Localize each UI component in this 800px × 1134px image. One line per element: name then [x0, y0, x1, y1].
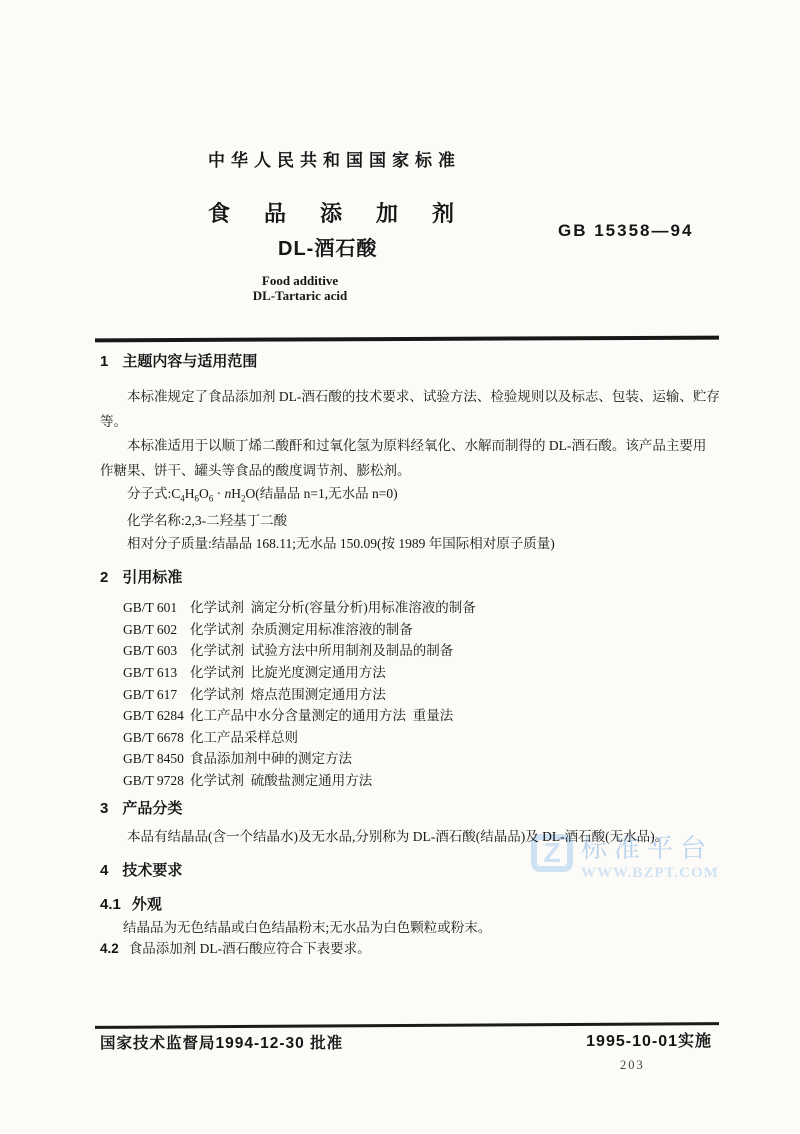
reference-description: 化学试剂 比旋光度测定通用方法 [190, 665, 386, 680]
reference-code: GB/T 613 [123, 662, 190, 684]
reference-item: GB/T 602化学试剂 杂质测定用标准溶液的制备 [123, 619, 714, 641]
formula-middot: · [213, 486, 224, 501]
document-body: 1主题内容与适用范围 本标准规定了食品添加剂 DL-酒石酸的技术要求、试验方法、… [100, 352, 714, 959]
section-1-number: 1 [100, 352, 108, 372]
formula-note: (结晶品 n=1,无水品 n=0) [255, 486, 397, 501]
header-divider-rule [95, 336, 719, 343]
formula-part: H [185, 486, 195, 501]
text-line: 作糖果、饼干、罐头等食品的酸度调节剂、膨松剂。 [100, 459, 714, 484]
formula-label: 分子式: [127, 486, 171, 501]
formula-part: C [171, 486, 180, 501]
text-line: 等。 [100, 410, 714, 435]
implementation-date: 1995-10-01实施 [586, 1028, 712, 1051]
reference-description: 化工产品采样总则 [190, 730, 298, 745]
document-page: 中华人民共和国国家标准 食品添加剂 DL-酒石酸 GB 15358—94 Foo… [0, 0, 800, 1134]
reference-item: GB/T 601化学试剂 滴定分析(容量分析)用标准溶液的制备 [123, 597, 714, 619]
reference-item: GB/T 6284化工产品中水分含量测定的通用方法 重量法 [123, 705, 714, 727]
clause-4-2-text: 食品添加剂 DL-酒石酸应符合下表要求。 [129, 941, 371, 956]
reference-code: GB/T 601 [123, 597, 190, 619]
reference-description: 化学试剂 试验方法中所用制剂及制品的制备 [190, 643, 453, 658]
national-standard-label: 中华人民共和国国家标准 [208, 146, 461, 171]
clause-4-2-number: 4.2 [100, 938, 119, 959]
reference-item: GB/T 8450食品添加剂中砷的测定方法 [123, 748, 714, 770]
reference-code: GB/T 8450 [123, 748, 190, 770]
standard-code: GB 15358—94 [558, 221, 693, 241]
classification-paragraph: 本品有结晶品(含一个结晶水)及无水品,分别称为 DL-酒石酸(结晶品)及 DL-… [100, 826, 714, 848]
molecular-formula-line: 分子式:C4H6O6 · nH2O(结晶品 n=1,无水品 n=0) [100, 483, 714, 510]
reference-code: GB/T 6678 [123, 727, 190, 749]
scope-paragraph-1: 本标准规定了食品添加剂 DL-酒石酸的技术要求、试验方法、检验规则以及标志、包装… [100, 385, 714, 434]
reference-description: 食品添加剂中砷的测定方法 [190, 751, 352, 766]
reference-item: GB/T 603化学试剂 试验方法中所用制剂及制品的制备 [123, 640, 714, 662]
reference-list: GB/T 601化学试剂 滴定分析(容量分析)用标准溶液的制备 GB/T 602… [100, 597, 714, 791]
formula-part: O [199, 486, 209, 501]
reference-item: GB/T 9728化学试剂 硫酸盐测定通用方法 [123, 770, 714, 792]
clause-4-2-line: 4.2食品添加剂 DL-酒石酸应符合下表要求。 [100, 938, 714, 959]
reference-description: 化工产品中水分含量测定的通用方法 重量法 [190, 708, 453, 723]
formula-part: O [246, 486, 256, 501]
reference-description: 化学试剂 熔点范围测定通用方法 [190, 687, 386, 702]
document-title-cn: 食品添加剂 [208, 197, 488, 228]
clause-4-1-text: 结晶品为无色结晶或白色结晶粉末;无水品为白色颗粒或粉末。 [100, 917, 714, 938]
reference-code: GB/T 6284 [123, 705, 190, 727]
section-2-title: 引用标准 [122, 569, 182, 586]
reference-code: GB/T 603 [123, 640, 190, 662]
title-en-line1: Food additive [150, 273, 450, 288]
section-4-heading: 4技术要求 [100, 861, 714, 881]
chemical-name-line: 化学名称:2,3-二羟基丁二酸 [100, 510, 714, 533]
formula-part: H [231, 486, 241, 501]
section-3-title: 产品分类 [122, 800, 182, 817]
section-1-title: 主题内容与适用范围 [122, 353, 257, 370]
reference-item: GB/T 613化学试剂 比旋光度测定通用方法 [123, 662, 714, 684]
clause-4-1-heading: 4.1外观 [100, 895, 714, 915]
section-4-number: 4 [100, 861, 108, 881]
reference-code: GB/T 602 [123, 619, 190, 641]
reference-description: 化学试剂 硫酸盐测定通用方法 [190, 773, 372, 788]
title-en-line2: DL-Tartaric acid [150, 288, 450, 303]
section-3-heading: 3产品分类 [100, 799, 714, 819]
section-4-title: 技术要求 [122, 862, 182, 879]
section-2-heading: 2引用标准 [100, 568, 714, 588]
document-title-en: Food additive DL-Tartaric acid [150, 273, 450, 303]
text-line: 本标准适用于以顺丁烯二酸酐和过氧化氢为原料经氧化、水解而制得的 DL-酒石酸。该… [100, 434, 714, 459]
text-line: 本品有结晶品(含一个结晶水)及无水品,分别称为 DL-酒石酸(结晶品)及 DL-… [100, 826, 714, 848]
reference-item: GB/T 6678化工产品采样总则 [123, 727, 714, 749]
reference-code: GB/T 617 [123, 684, 190, 706]
reference-item: GB/T 617化学试剂 熔点范围测定通用方法 [123, 684, 714, 706]
scope-paragraph-2: 本标准适用于以顺丁烯二酸酐和过氧化氢为原料经氧化、水解而制得的 DL-酒石酸。该… [100, 434, 714, 483]
section-3-number: 3 [100, 799, 108, 819]
page-number: 203 [620, 1058, 645, 1073]
section-2-number: 2 [100, 568, 108, 588]
reference-description: 化学试剂 滴定分析(容量分析)用标准溶液的制备 [190, 600, 476, 615]
molar-mass-line: 相对分子质量:结晶品 168.11;无水品 150.09(按 1989 年国际相… [100, 533, 714, 556]
document-subtitle-cn: DL-酒石酸 [278, 232, 377, 261]
section-1-heading: 1主题内容与适用范围 [100, 352, 714, 372]
reference-code: GB/T 9728 [123, 770, 190, 792]
clause-4-1-title: 外观 [132, 896, 162, 913]
approval-note: 国家技术监督局1994-12-30 批准 [100, 1031, 343, 1053]
clause-4-1-number: 4.1 [100, 895, 121, 915]
reference-description: 化学试剂 杂质测定用标准溶液的制备 [190, 622, 413, 637]
text-line: 本标准规定了食品添加剂 DL-酒石酸的技术要求、试验方法、检验规则以及标志、包装… [100, 385, 714, 410]
